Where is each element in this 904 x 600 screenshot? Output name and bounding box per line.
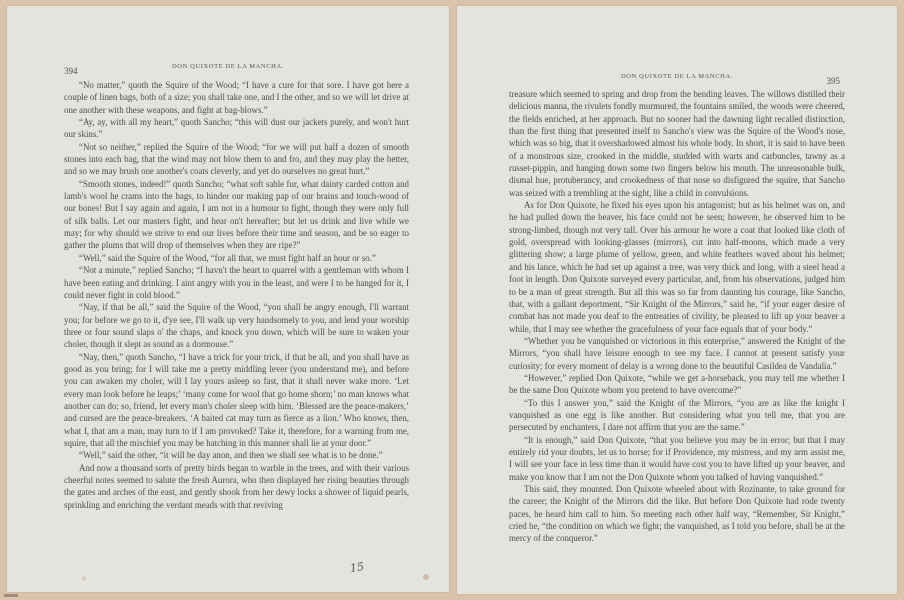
running-title: DON QUIXOTE DE LA MANCHA. (7, 63, 449, 70)
body-text: treasure which seemed to spring and drop… (509, 88, 845, 545)
paragraph: “Not so neither,” replied the Squire of … (64, 141, 409, 178)
paragraph: “Well,” said the Squire of the Wood, “fo… (64, 252, 409, 264)
paragraph: “Ay, ay, with all my heart,” quoth Sanch… (64, 116, 409, 141)
paragraph: As for Don Quixote, he fixed his eyes up… (509, 199, 845, 335)
paragraph: And now a thousand sorts of pretty birds… (64, 462, 409, 511)
paragraph: “Smooth stones, indeed!” quoth Sancho; “… (64, 178, 409, 252)
paragraph: “Nay, then,” quoth Sancho, “I have a tri… (64, 351, 409, 450)
paragraph: “Well,” said the other, “it will be day … (64, 449, 409, 461)
left-page: 394 DON QUIXOTE DE LA MANCHA. “No matter… (7, 6, 449, 592)
paragraph: “Nay, if that be all,” said the Squire o… (64, 301, 409, 350)
paragraph: “Whether you be vanquished or victorious… (509, 335, 845, 372)
body-text: “No matter,” quoth the Squire of the Woo… (64, 79, 409, 511)
paragraph: “No matter,” quoth the Squire of the Woo… (64, 79, 409, 116)
paragraph: “Not a minute,” replied Sancho; “I havn'… (64, 264, 409, 301)
paper-stain (82, 576, 86, 581)
paragraph-continuation: treasure which seemed to spring and drop… (509, 88, 845, 199)
paragraph: “To this I answer you,” said the Knight … (509, 397, 845, 434)
paragraph: “It is enough,” said Don Quixote, “that … (509, 434, 845, 483)
paragraph: “However,” replied Don Quixote, “while w… (509, 372, 845, 397)
right-page: DON QUIXOTE DE LA MANCHA. 395 treasure w… (457, 6, 897, 594)
paragraph: This said, they mounted. Don Quixote whe… (509, 483, 845, 545)
handwritten-note: 15 (349, 560, 365, 575)
page-number: 395 (827, 76, 841, 86)
archive-mark (4, 594, 18, 597)
paper-stain (423, 574, 429, 580)
